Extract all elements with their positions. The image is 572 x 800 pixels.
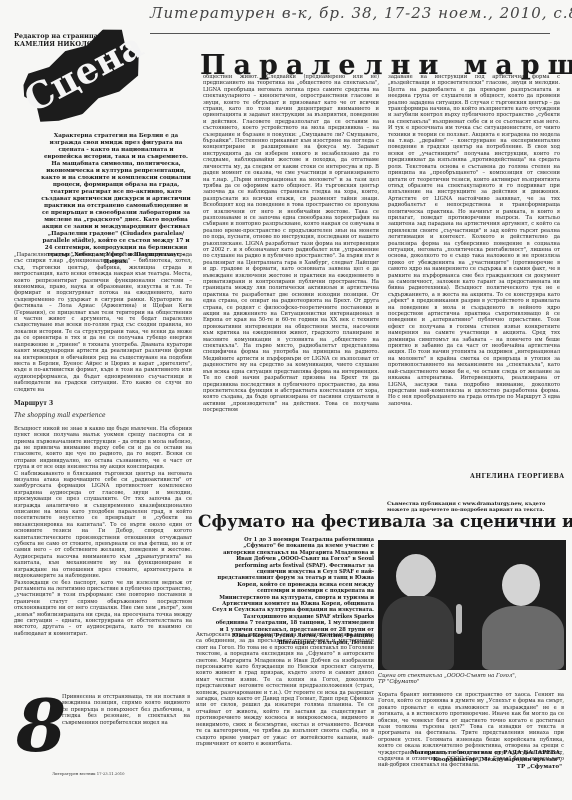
photo-caption-line: ТР "Сфумато" (378, 679, 516, 685)
subheading: Маршрут 3 (14, 401, 192, 407)
photo-caption: Сцена от спектакъла „ОООО-Съвят на Гогол… (378, 673, 516, 686)
actor-left-body (382, 596, 454, 670)
prop-light (456, 604, 462, 634)
credit-line: ТР „Сфумато" (390, 764, 562, 771)
article2-body-left: Актьорската игра, визуалната среда и хип… (196, 632, 374, 747)
article2-lead: От 1 до 3 ноември Театрална работилница … (212, 537, 374, 646)
subheading-italic: The shopping mall experience (14, 413, 192, 419)
credit-line: Материалът е подготвен от РАДА БАЛАРЕВА, (390, 750, 562, 757)
paragraph: С наближаването в бляскавия търговски це… (14, 471, 192, 580)
article-column-middle: обществен живот. Следвайки (преднамерено… (203, 74, 379, 414)
credit-line: Координатор „Международни връзки", (390, 757, 562, 764)
handwriting-underline (150, 33, 550, 34)
actor-left-figure (396, 554, 436, 598)
paragraph: Разхождащи се без паспорт, като че ли из… (14, 580, 192, 638)
handwritten-citation: Литературен в-к, бр. 38, 17-23 ноем., 20… (150, 4, 570, 32)
paragraph: Всъщност никой не знае в какво ще бъде в… (14, 426, 192, 471)
article-column-left-end: Привнесена и отстраняваща, тя ни поставя… (62, 694, 190, 726)
performance-photo (378, 540, 566, 670)
paragraph: „Паралелни градове" повежда през няколко… (14, 252, 192, 393)
article2-title: Сфумато на фестивала за сценични изкуств… (198, 512, 572, 532)
author-byline: АНГЕЛИНА ГЕОРГИЕВА (470, 473, 565, 480)
article-column-left: „Паралелни градове" повежда през няколко… (14, 252, 192, 637)
page-number: 8 (16, 690, 66, 762)
actor-right-figure (502, 564, 540, 606)
article-column-right: задаване на инструкции под артистична фо… (388, 74, 560, 407)
article2-credit: Материалът е подготвен от РАДА БАЛАРЕВА,… (390, 750, 562, 771)
page-footer: Литературен вестник 17-23.11.2010 (52, 771, 125, 776)
actor-right-body (482, 606, 564, 670)
article-lead: Характерна стратегия на Берлин е да изгр… (40, 133, 192, 266)
